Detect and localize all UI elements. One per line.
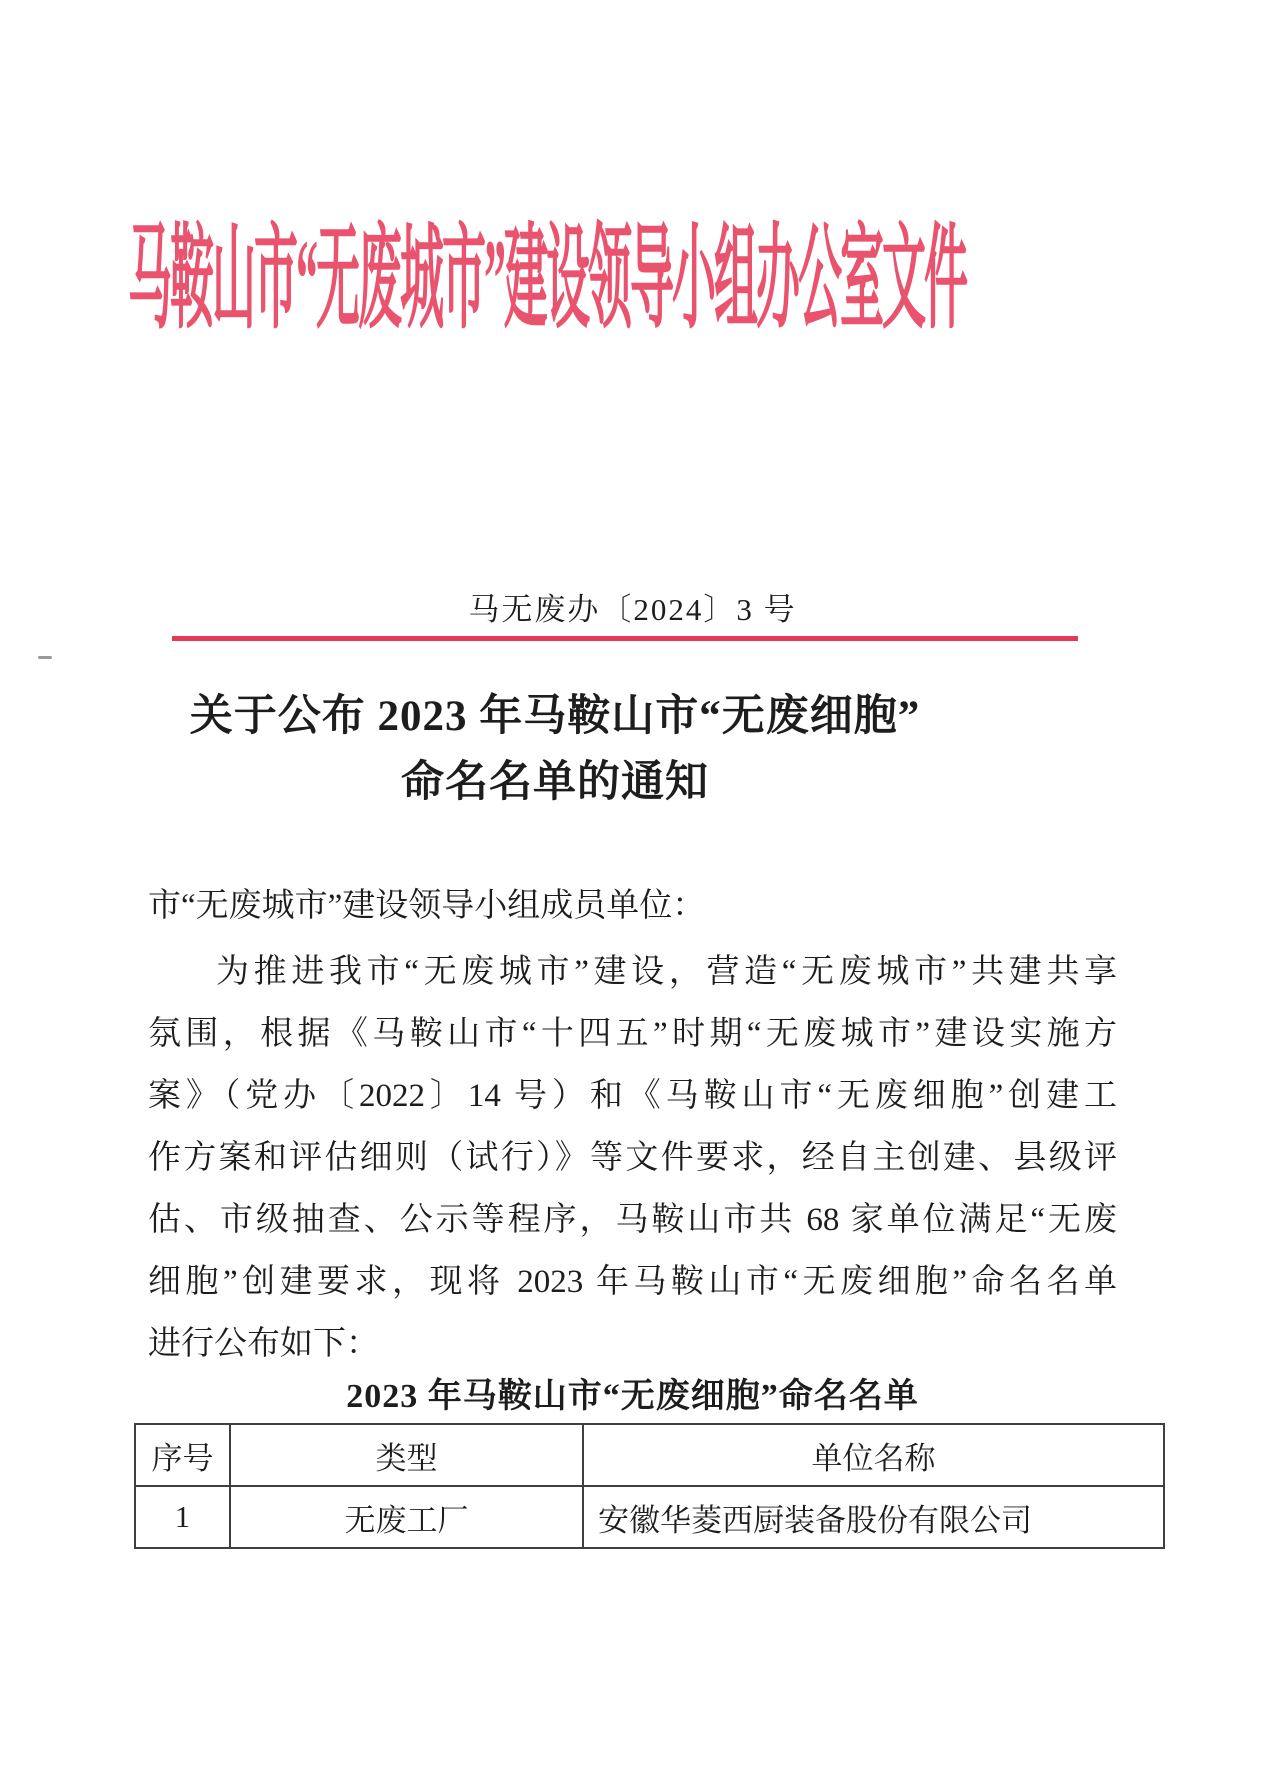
body-text-line: 进行公布如下： bbox=[148, 1324, 1117, 1364]
table-header-row: 序号 类型 单位名称 bbox=[135, 1424, 1164, 1486]
document-number: 马无废办〔2024〕3 号 bbox=[0, 584, 1265, 629]
notice-title-line-1: 关于公布 2023 年马鞍山市“无废细胞” bbox=[0, 682, 1110, 743]
table-row: 1 无废工厂 安徽华菱西厨装备股份有限公司 bbox=[135, 1486, 1164, 1548]
naming-list-table-title: 2023 年马鞍山市“无废细胞”命名名单 bbox=[0, 1368, 1265, 1417]
body-text-line: 为推进我市“无废城市”建设，营造“无废城市”共建共享 bbox=[148, 952, 1117, 992]
header-cell-unit-name: 单位名称 bbox=[583, 1424, 1164, 1486]
scan-artifact-mark bbox=[38, 656, 52, 659]
body-text-line: 估、市级抽查、公示等程序，马鞍山市共 68 家单位满足“无废 bbox=[148, 1200, 1117, 1240]
body-text-line: 作方案和评估细则（试行）》等文件要求，经自主创建、县级评 bbox=[148, 1138, 1117, 1178]
body-text-line: 氛围，根据《马鞍山市“十四五”时期“无废城市”建设实施方 bbox=[148, 1014, 1117, 1054]
salutation: 市“无废城市”建设领导小组成员单位： bbox=[148, 886, 1117, 926]
masthead-red-header: 马鞍山市“无废城市”建设领导小组办公室文件 bbox=[128, 224, 966, 338]
body-text-line: 案》（党办〔2022〕14 号）和《马鞍山市“无废细胞”创建工 bbox=[148, 1076, 1117, 1116]
body-text-line: 细胞”创建要求，现将 2023 年马鞍山市“无废细胞”命名名单 bbox=[148, 1262, 1117, 1302]
notice-title-line-2: 命名名单的通知 bbox=[0, 748, 1110, 809]
document-page: 马鞍山市“无废城市”建设领导小组办公室文件 马无废办〔2024〕3 号 关于公布… bbox=[0, 0, 1265, 1789]
red-separator-rule bbox=[172, 636, 1078, 641]
cell-type: 无废工厂 bbox=[230, 1486, 583, 1548]
header-cell-index: 序号 bbox=[135, 1424, 230, 1486]
cell-index: 1 bbox=[135, 1486, 230, 1548]
cell-unit-name: 安徽华菱西厨装备股份有限公司 bbox=[583, 1486, 1164, 1548]
header-cell-type: 类型 bbox=[230, 1424, 583, 1486]
naming-list-table: 序号 类型 单位名称 1 无废工厂 安徽华菱西厨装备股份有限公司 bbox=[134, 1423, 1165, 1549]
